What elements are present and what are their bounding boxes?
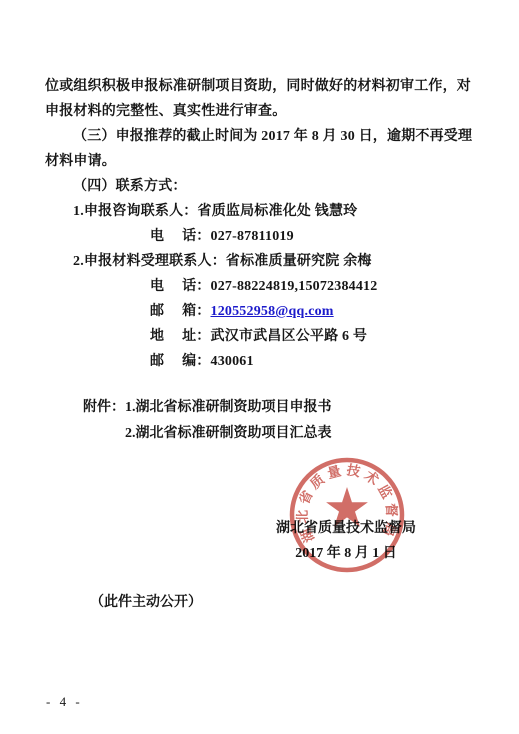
- attachments-label: 附件：: [83, 395, 125, 447]
- attachments-list: 1.湖北省标准研制资助项目申报书 2.湖北省标准研制资助项目汇总表: [125, 395, 332, 447]
- document-body: 位或组织积极申报标准研制项目资助，同时做好的材料初审工作，对 申报材料的完整性、…: [45, 74, 477, 374]
- contact2-phone-line: 电 话：027-88224819,15072384412: [45, 274, 477, 299]
- address-label: 地 址：: [150, 329, 211, 344]
- address-line: 地 址：武汉市武昌区公平路 6 号: [45, 324, 477, 349]
- contact1-phone-line: 电 话：027-87811019: [45, 224, 477, 249]
- issue-date: 2017 年 8 月 1 日: [254, 541, 438, 566]
- phone-value: 027-88224819,15072384412: [211, 279, 378, 294]
- signature-block: 湖北省质量技术监督局 2017 年 8 月 1 日: [254, 516, 438, 566]
- paragraph-line: 位或组织积极申报标准研制项目资助，同时做好的材料初审工作，对: [45, 74, 477, 99]
- paragraph-line-item3: （三）申报推荐的截止时间为 2017 年 8 月 30 日，逾期不再受理: [45, 124, 477, 149]
- phone-label: 电 话：: [150, 279, 211, 294]
- phone-label: 电 话：: [150, 229, 211, 244]
- contact2-title: 2.申报材料受理联系人：省标准质量研究院 余梅: [45, 249, 477, 274]
- address-value: 武汉市武昌区公平路 6 号: [211, 329, 368, 344]
- paragraph-line: 申报材料的完整性、真实性进行审查。: [45, 99, 477, 124]
- document-page: 位或组织积极申报标准研制项目资助，同时做好的材料初审工作，对 申报材料的完整性、…: [0, 0, 519, 734]
- email-link[interactable]: 120552958@qq.com: [211, 304, 334, 319]
- email-label: 邮 箱：: [150, 304, 211, 319]
- page-number: - 4 -: [46, 694, 83, 710]
- attachment-item: 2.湖北省标准研制资助项目汇总表: [125, 421, 332, 447]
- paragraph-line: 材料申请。: [45, 149, 477, 174]
- email-line: 邮 箱：120552958@qq.com: [45, 299, 477, 324]
- paragraph-heading-item4: （四）联系方式：: [45, 174, 477, 199]
- postcode-value: 430061: [211, 354, 254, 369]
- issuer-name: 湖北省质量技术监督局: [254, 516, 438, 541]
- attachment-item: 1.湖北省标准研制资助项目申报书: [125, 395, 332, 421]
- postcode-line: 邮 编：430061: [45, 349, 477, 374]
- contact1-title: 1.申报咨询联系人：省质监局标准化处 钱慧玲: [45, 199, 477, 224]
- attachments-block: 附件： 1.湖北省标准研制资助项目申报书 2.湖北省标准研制资助项目汇总表: [83, 395, 332, 447]
- phone-value: 027-87811019: [211, 229, 294, 244]
- disclosure-note: （此件主动公开）: [90, 590, 202, 615]
- postcode-label: 邮 编：: [150, 354, 211, 369]
